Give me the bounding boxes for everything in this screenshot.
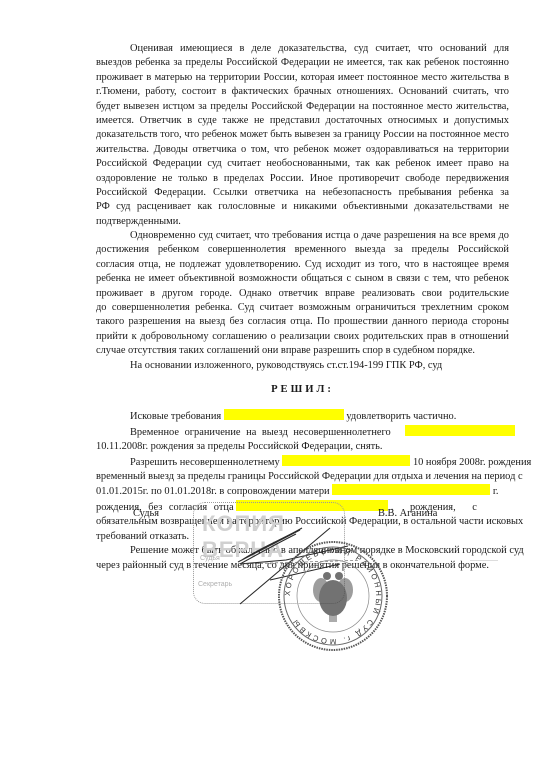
text-line: г.Тюмени, работу, состоит в фактических … bbox=[96, 85, 509, 99]
text-line: до совершеннолетия ребенка. Суд считает … bbox=[96, 301, 509, 315]
copy-stamp-secretary: Секретарь bbox=[198, 581, 232, 588]
text-line: проживает в другом городе. Однако ответч… bbox=[96, 287, 509, 301]
redaction-block bbox=[332, 484, 490, 495]
text-line: проживает в матерью на территории России… bbox=[96, 71, 509, 85]
text-line: такого разрешения на выезд без согласия … bbox=[96, 315, 509, 329]
paragraph-court-position: Одновременно суд считает, что требования… bbox=[96, 229, 509, 359]
judge-label: Судья bbox=[133, 508, 159, 519]
text-line: прийти к добровольному соглашению о реал… bbox=[96, 330, 509, 344]
decision-restriction: Временное ограничение на выезд несоверше… bbox=[96, 425, 509, 455]
text-line: Российской Федерации. Ссылки ответчика н… bbox=[96, 186, 509, 200]
copy-stamp-judge: Судья bbox=[200, 555, 220, 562]
restriction-text: Временное ограничение на выезд несоверше… bbox=[130, 427, 391, 438]
claims-suffix: удовлетворить частично. bbox=[346, 411, 456, 422]
text-line: РФ суд расценивает как голословные и ник… bbox=[96, 200, 509, 214]
court-seal-icon: ХОРОШЕВСКИЙ РАЙОННЫЙ СУД г. МОСКВЫ bbox=[277, 540, 389, 652]
claims-prefix: Исковые требования bbox=[130, 411, 221, 422]
decision-heading: РЕШИЛ: bbox=[96, 383, 509, 397]
scan-artifact bbox=[470, 560, 498, 561]
text-line: достижения ребенком совершеннолетия врем… bbox=[96, 243, 509, 257]
document-body: Оценивая имеющиеся в деле доказательства… bbox=[96, 42, 509, 573]
redaction-block bbox=[224, 409, 344, 420]
text-line: будет вывезен истцом за пределы Российск… bbox=[96, 100, 509, 114]
permit-line-3-suffix: г. bbox=[493, 486, 499, 497]
text-line: согласия отца, не подлежат удовлетворени… bbox=[96, 258, 509, 272]
text-line: На основании изложенного, руководствуясь… bbox=[96, 359, 509, 373]
text-line: случае отсутствия таких соглашений они в… bbox=[96, 344, 509, 358]
text-line: жительства. Доводы ответчика о том, что … bbox=[96, 143, 509, 157]
restriction-text-2: 10.11.2008г. рождения за пределы Российс… bbox=[96, 440, 509, 454]
judge-name: В.В. Аганина bbox=[378, 508, 437, 519]
text-line: ребенка не имеет объективной возможности… bbox=[96, 272, 509, 286]
redaction-block bbox=[405, 425, 515, 436]
redaction-block bbox=[282, 455, 410, 466]
permit-prefix: Разрешить несовершеннолетнему bbox=[130, 457, 280, 468]
document-page: Оценивая имеющиеся в деле доказательства… bbox=[0, 0, 560, 770]
text-line: имеется. Ответчик в суде также не предст… bbox=[96, 114, 509, 128]
text-line: оздоровление не только в пределах России… bbox=[96, 172, 509, 186]
permit-suffix: 10 ноября 2008г. рождения bbox=[413, 457, 531, 468]
text-line: Российской Федерации суд считает необосн… bbox=[96, 157, 509, 171]
paragraph-legal-basis: На основании изложенного, руководствуясь… bbox=[96, 359, 509, 373]
text-line: подтвержденными. bbox=[96, 215, 509, 229]
text-line: выездов ребенка за пределы Российской Фе… bbox=[96, 56, 509, 70]
text-line: Одновременно суд считает, что требования… bbox=[96, 229, 509, 243]
text-line: Оценивая имеющиеся в деле доказательства… bbox=[96, 42, 509, 56]
paragraph-evidence-assessment: Оценивая имеющиеся в деле доказательства… bbox=[96, 42, 509, 229]
permit-line-2: временный выезд за пределы границы Росси… bbox=[96, 470, 509, 484]
scan-artifact bbox=[506, 330, 508, 332]
text-line: доказательств того, что ребенок может бы… bbox=[96, 128, 509, 142]
permit-line-3: 01.01.2015г. по 01.01.2018г. в сопровожд… bbox=[96, 486, 330, 497]
decision-claims: Исковые требования удовлетворить частичн… bbox=[96, 409, 509, 424]
